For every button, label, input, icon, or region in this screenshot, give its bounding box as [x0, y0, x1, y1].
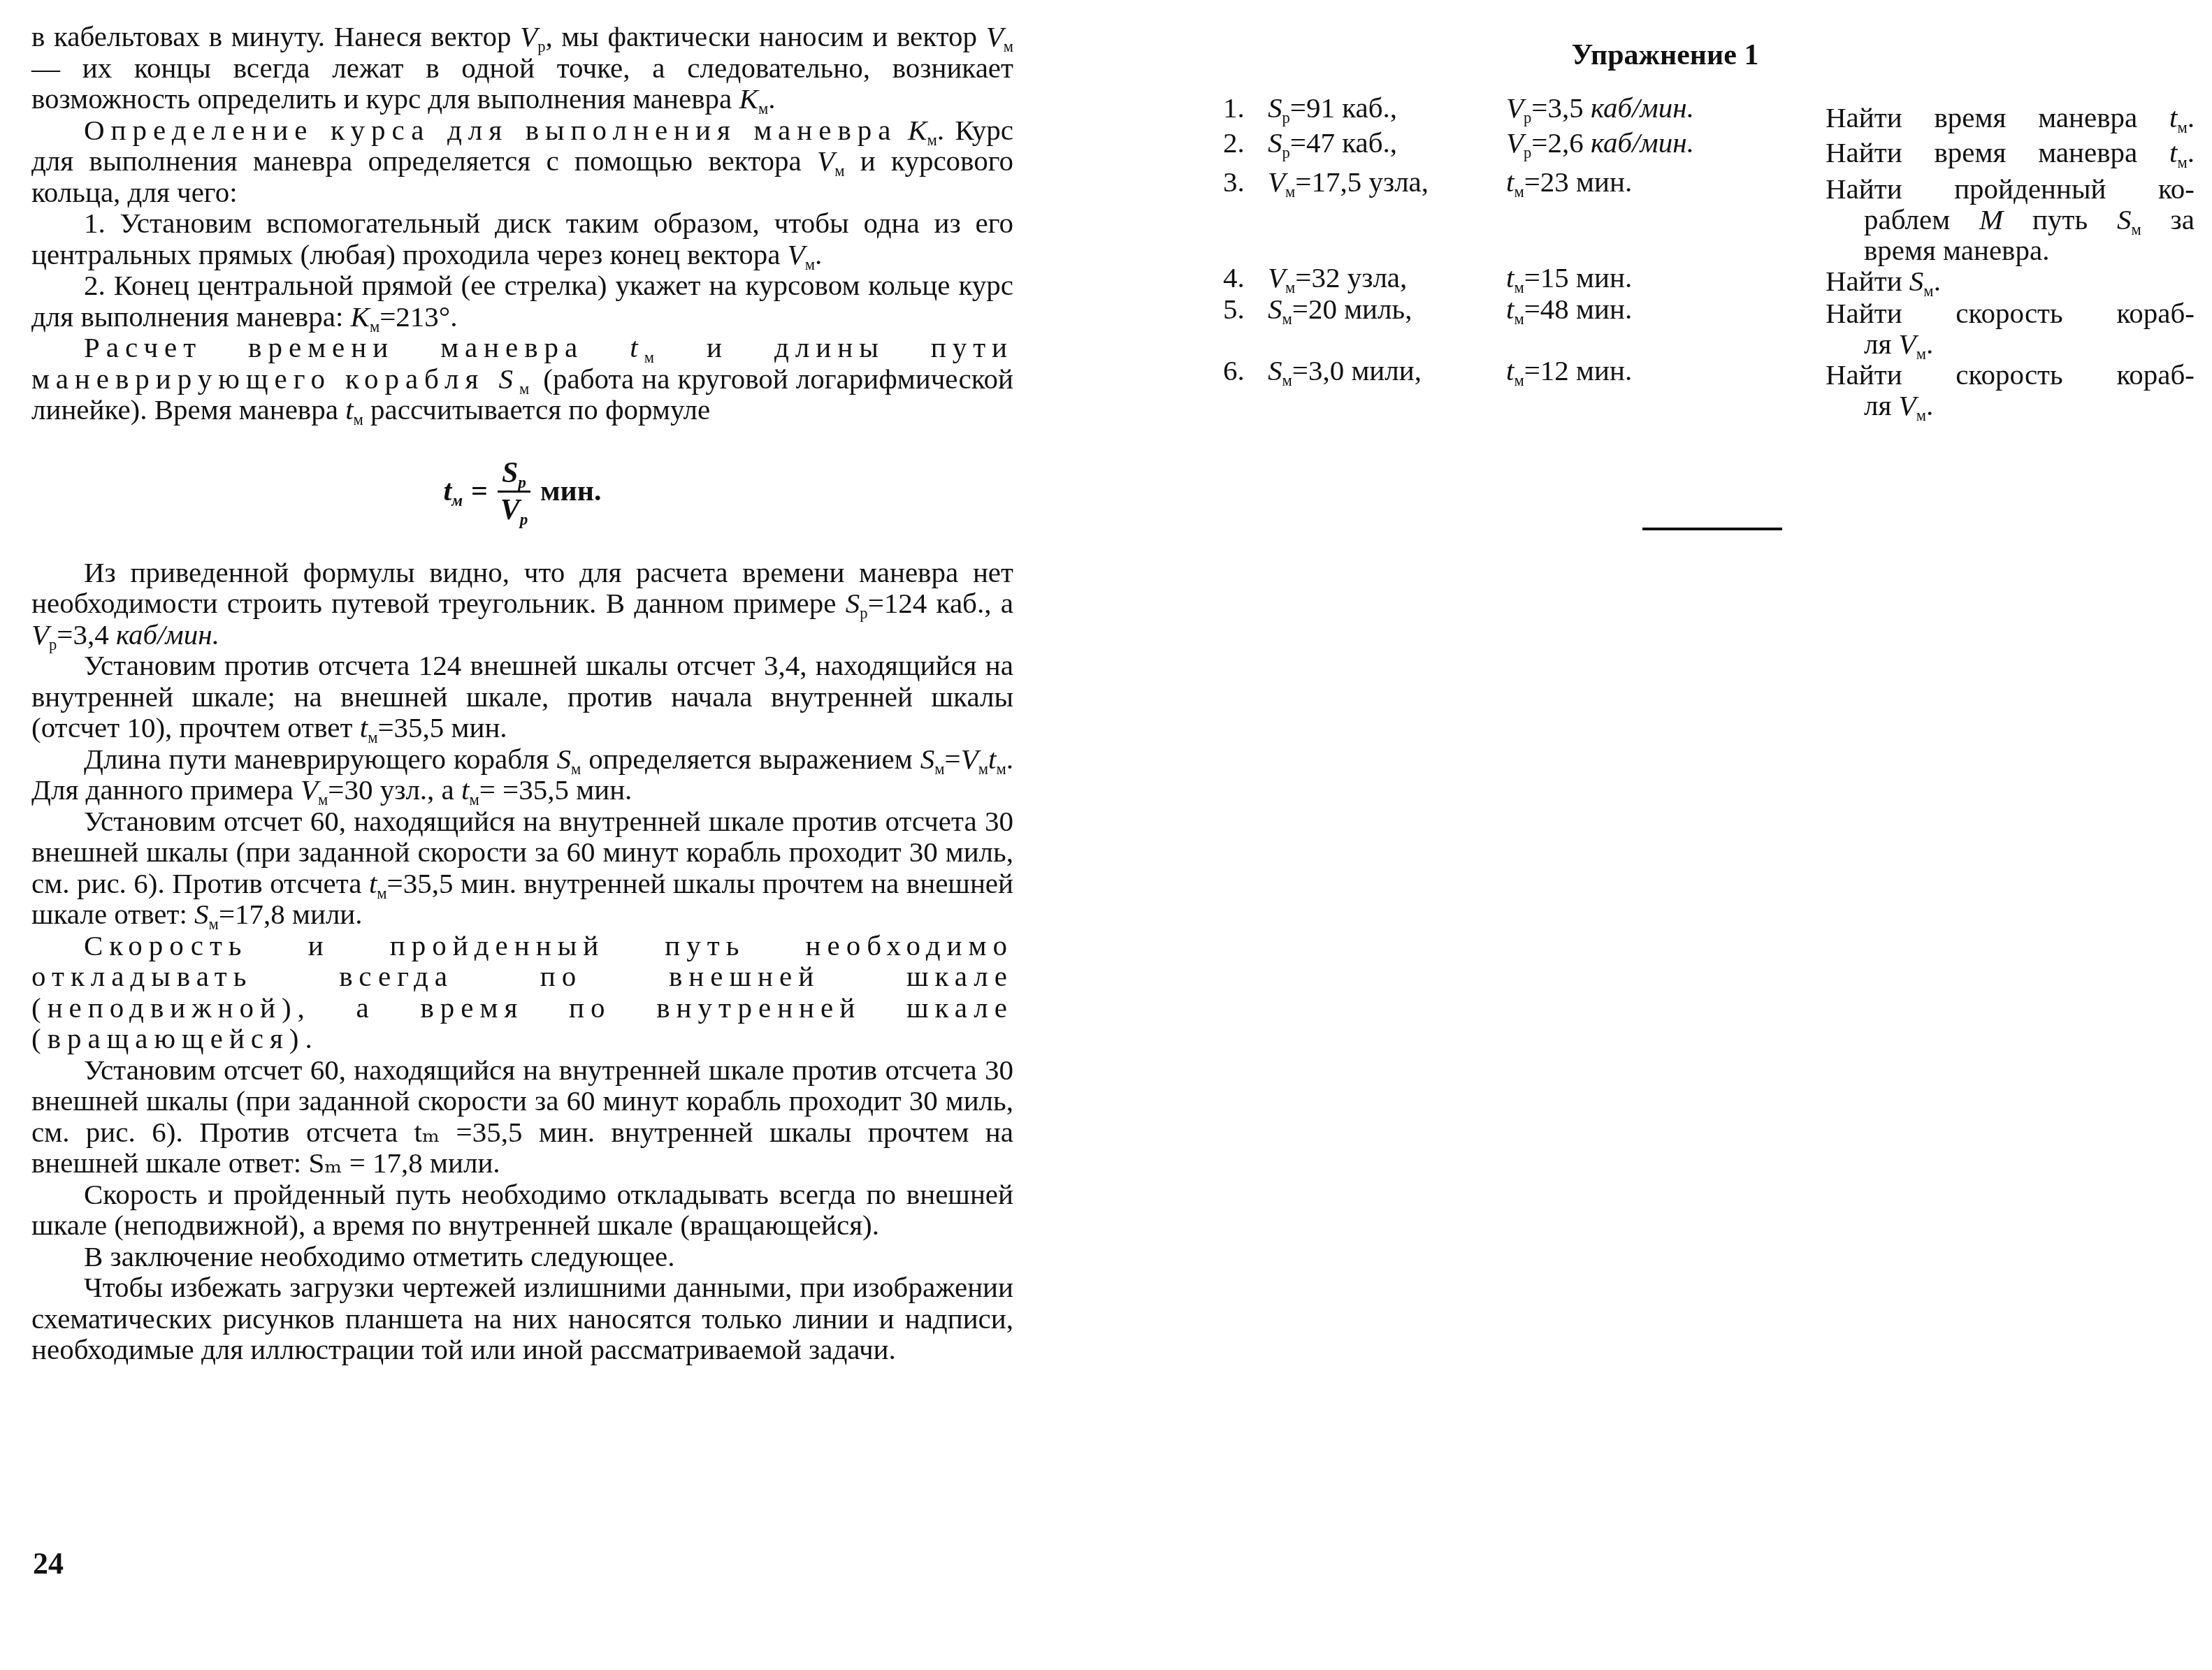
exercise-2-given-2: Vр=2,6 каб/мин.: [1506, 127, 1694, 158]
paragraph-practice: Чтобы избежать загрузки чертежей излишни…: [31, 1272, 1013, 1365]
exercise-1-task: Найти время маневра tм.: [1826, 102, 2195, 133]
exercise-3-given-2: tм=23 мин.: [1506, 166, 1632, 197]
formula-time: tм = Sр Vр мин.: [31, 440, 1013, 544]
paragraph-vector-intro: в кабельтовах в минуту. Нанеся вектор Vр…: [31, 21, 1013, 115]
paragraph-path-length: Длина пути маневрирующего корабля Sм опр…: [31, 743, 1013, 806]
paragraph-step-2: 2. Конец центральной прямой (ее стрелка)…: [31, 270, 1013, 332]
formula-unit: мин.: [540, 476, 602, 507]
exercise-5-given-2: tм=48 мин.: [1506, 293, 1632, 324]
paragraph-step-1: 1. Установим вспомогательный диск таким …: [31, 208, 1013, 270]
paragraph-line-styles: В заключение необходимо отметить следующ…: [31, 1241, 1013, 1272]
exercise-2-task: Найти время маневра tм.: [1826, 137, 2195, 168]
left-page: в кабельтовах в минуту. Нанеся вектор Vр…: [0, 0, 1090, 1670]
formula-fraction: Sр Vр: [498, 457, 530, 526]
page-number: 24: [33, 1546, 64, 1581]
exercise-3-task: Найти пройденный ко- раблем М путь Sм за…: [1826, 173, 2195, 266]
exercise-4-given: 4.Vм=32 узла,: [1223, 262, 1407, 293]
exercise-6-given-2: tм=12 мин.: [1506, 355, 1632, 386]
formula-equals: =: [471, 476, 488, 507]
paragraph-formula-note: Из приведенной формулы видно, что для ра…: [31, 557, 1013, 651]
right-page: Упражнение 1 1.Sр=91 каб., Vр=3,5 каб/ми…: [1118, 0, 2212, 1670]
exercise-heading: Упражнение 1: [1118, 38, 2212, 72]
paragraph-time-calc: Расчет времени маневра tм и длины пути м…: [31, 332, 1013, 426]
exercise-6-task: Найти скорость кораб- ля Vм.: [1826, 359, 2195, 421]
exercise-5-task: Найти скорость кораб- ля Vм.: [1826, 298, 2195, 359]
exercise-3-given: 3.Vм=17,5 узла,: [1223, 166, 1429, 197]
exercise-6-given: 6.Sм=3,0 мили,: [1223, 355, 1422, 386]
exercise-4-task: Найти Sм.: [1826, 266, 2195, 296]
section-heading-time: Расчет времени маневра tм и длины пути м…: [31, 331, 1013, 395]
paragraph-drawings: Скорость и пройденный путь необходимо от…: [31, 1179, 1013, 1241]
paragraph-scale-setting: Установим против отсчета 124 внешней шка…: [31, 650, 1013, 743]
paragraph-conclusion-intro: Установим отсчет 60, находящийся на внут…: [31, 1054, 1013, 1179]
formula-lhs: tм: [444, 476, 463, 507]
section-heading-course: Определение курса для выполнения маневра: [84, 114, 897, 146]
exercise-1-given: 1.Sр=91 каб.,: [1223, 92, 1397, 123]
section-end-rule: [1642, 528, 1782, 530]
exercise-1-given-2: Vр=3,5 каб/мин.: [1506, 92, 1694, 123]
exercise-2-given: 2.Sр=47 каб.,: [1223, 127, 1397, 158]
paragraph-scale-rule: Скорость и пройденный путь необходимо от…: [31, 930, 1013, 1054]
paragraph-reading-60: Установим отсчет 60, находящийся на внут…: [31, 806, 1013, 930]
exercise-4-given-2: tм=15 мин.: [1506, 262, 1632, 293]
paragraph-course-determination: Определение курса для выполнения маневра…: [31, 115, 1013, 208]
left-page-text-column: в кабельтовах в минуту. Нанеся вектор Vр…: [31, 21, 1013, 1365]
exercise-5-given: 5.Sм=20 миль,: [1223, 293, 1412, 324]
